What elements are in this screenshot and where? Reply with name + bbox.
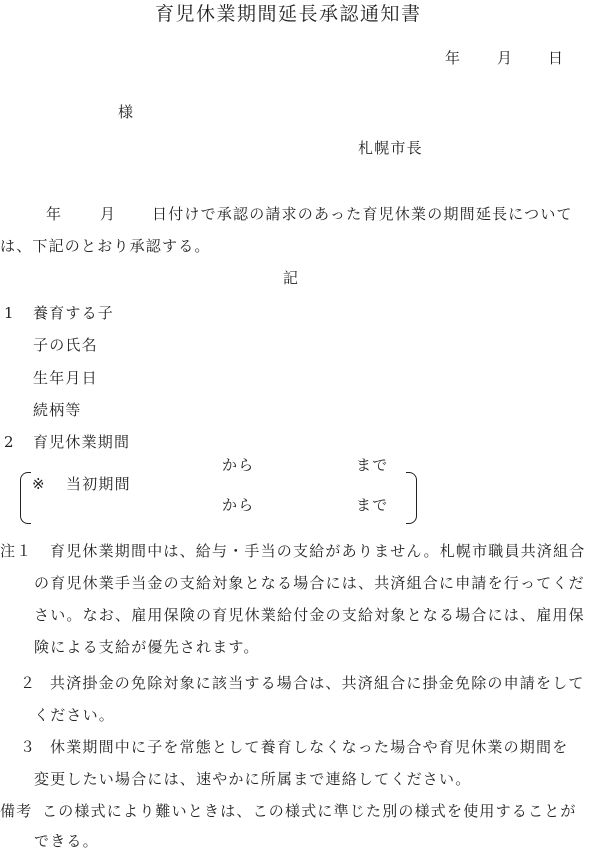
addressee-suffix: 様 (118, 103, 134, 121)
initial-period-from-label: から (222, 496, 254, 514)
remarks-label: 備考 (0, 802, 32, 820)
initial-period-to-label: まで (356, 496, 388, 514)
note-3-label: ３ (20, 738, 36, 756)
note-2-label: ２ (20, 674, 36, 692)
relationship-label: 続柄等 (33, 401, 82, 419)
body-line-1: 日付けで承認の請求のあった育児休業の期間延長について (152, 205, 573, 223)
birth-date-label: 生年月日 (33, 369, 98, 387)
body-line-2: は、下記のとおり承認する。 (0, 237, 211, 255)
period-from-label: から (222, 456, 254, 474)
date-day-label: 日 (548, 49, 564, 67)
note-1-line-3: さい。なお、雇用保険の育児休業給付金の支給対象となる場合には、雇用保 (34, 606, 585, 624)
initial-period-label: 当初期間 (66, 475, 131, 493)
body-month-label: 月 (100, 205, 116, 223)
reference-mark: ※ (32, 475, 46, 493)
period-to-label: まで (356, 456, 388, 474)
note-1-line-4: 険による支給が優先されます。 (34, 638, 260, 656)
left-bracket (20, 472, 31, 524)
document-title: 育児休業期間延長承認通知書 (155, 3, 422, 25)
issuer-name: 札幌市長 (358, 139, 423, 157)
note-1-line-1: 育児休業期間中は、給与・手当の支給がありません。札幌市職員共済組合 (50, 542, 586, 560)
child-name-label: 子の氏名 (33, 336, 98, 354)
right-bracket (406, 472, 417, 524)
item-2-number: 2 (4, 433, 15, 451)
remarks-line-1: この様式により難いときは、この様式に準じた別の様式を使用することが (42, 802, 577, 820)
ki-heading: 記 (283, 269, 299, 287)
remarks-line-2: できる。 (34, 832, 99, 850)
item-2-label: 育児休業期間 (33, 433, 130, 451)
item-1-label: 養育する子 (33, 304, 114, 322)
note-2-line-2: ください。 (34, 706, 115, 724)
date-year-label: 年 (445, 49, 461, 67)
body-year-label: 年 (46, 205, 62, 223)
note-2-line-1: 共済掛金の免除対象に該当する場合は、共済組合に掛金免除の申請をして (50, 674, 585, 692)
note-3-line-2: 変更したい場合には、速やかに所属まで連絡してください。 (34, 770, 471, 788)
note-3-line-1: 休業期間中に子を常態として養育しなくなった場合や育児休業の期間を (50, 738, 568, 756)
date-month-label: 月 (497, 49, 513, 67)
note-1-label: 注１ (0, 542, 32, 560)
note-1-line-2: の育児休業手当金の支給対象となる場合には、共済組合に申請を行ってくだ (34, 574, 585, 592)
item-1-number: 1 (4, 304, 15, 322)
